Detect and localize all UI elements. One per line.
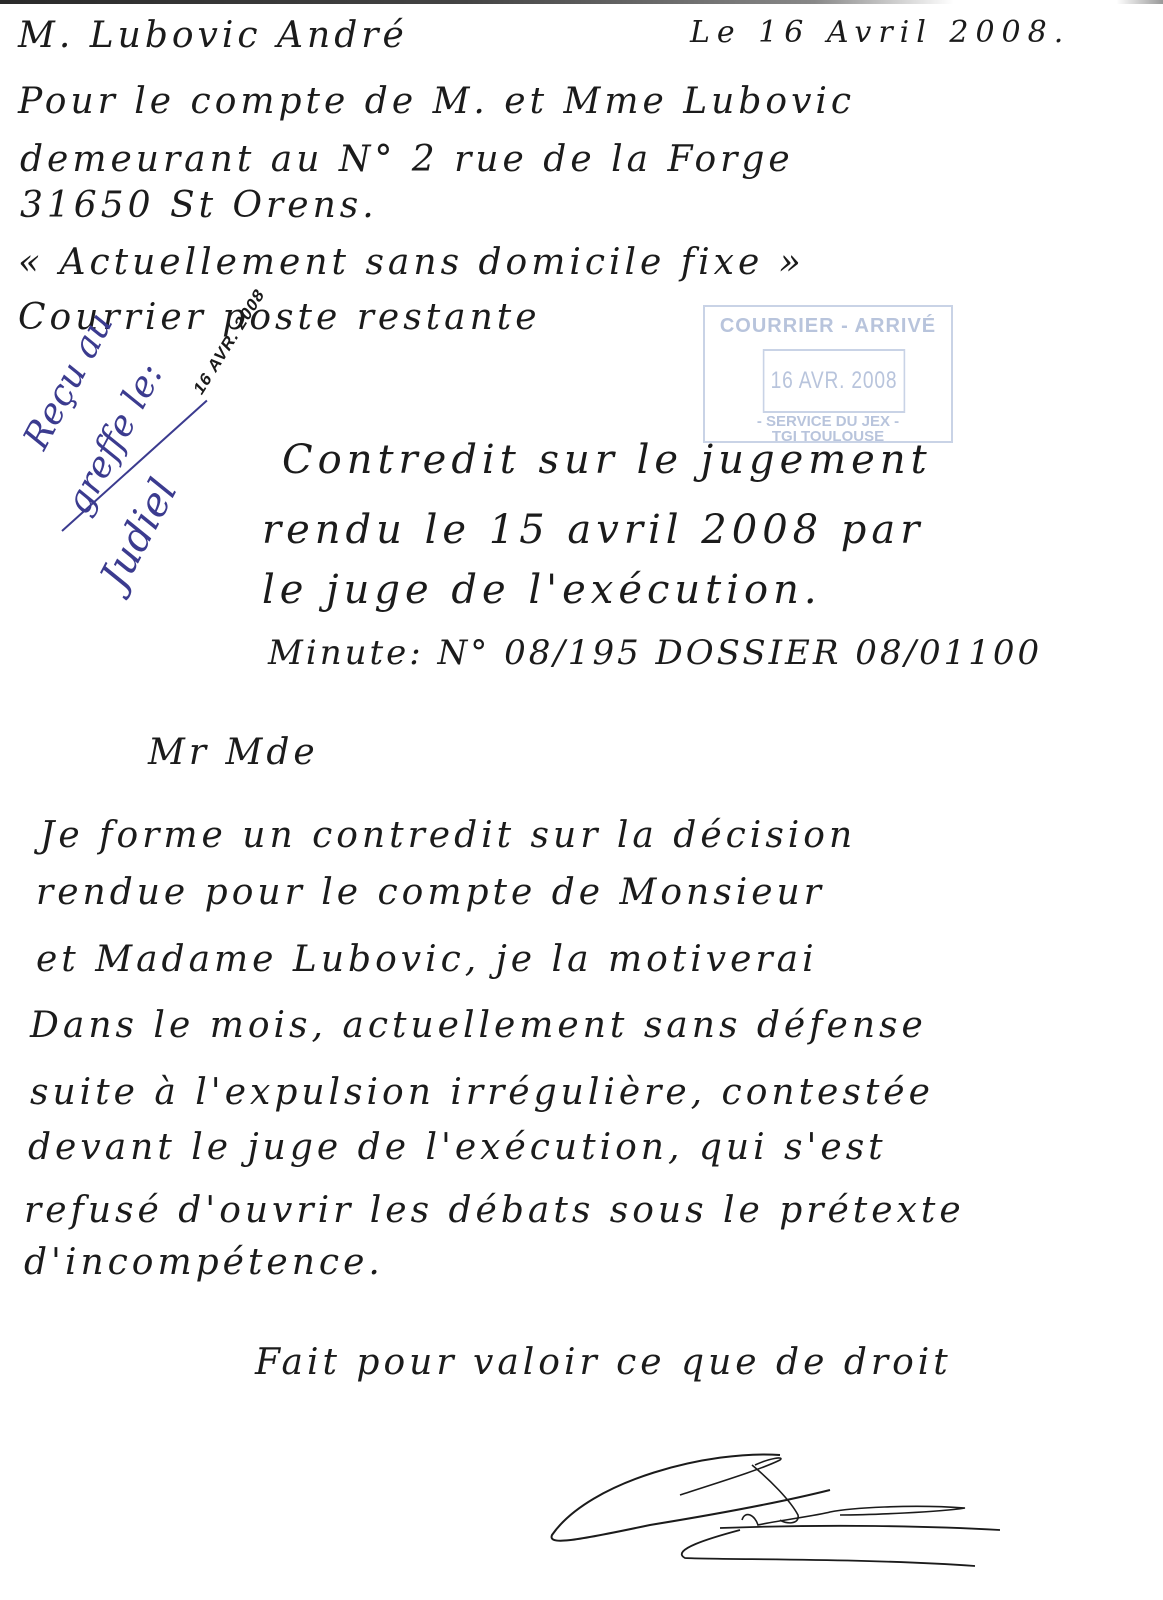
signature — [530, 1420, 1000, 1570]
sender-line: M. Lubovic André — [18, 18, 408, 54]
body-line: Dans le mois, actuellement sans défense — [30, 1008, 927, 1044]
subject-line: Contredit sur le jugement — [282, 440, 932, 480]
closing-line: Fait pour valoir ce que de droit — [255, 1345, 952, 1381]
court-received-stamp: COURRIER - ARRIVÉ 16 AVR. 2008 - SERVICE… — [703, 305, 953, 443]
scan-border — [0, 0, 1163, 4]
body-line: Je forme un contredit sur la décision — [40, 818, 856, 854]
body-line: devant le juge de l'exécution, qui s'est — [28, 1130, 887, 1166]
address-line: demeurant au N° 2 rue de la Forge — [20, 142, 794, 178]
scanned-letter-page: M. Lubovic André Le 16 Avril 2008. Pour … — [0, 0, 1163, 1600]
body-line: rendue pour le compte de Monsieur — [36, 875, 825, 911]
registry-annotation: Reçu au greffe le: Judiel — [22, 375, 232, 675]
letter-date: Le 16 Avril 2008. — [690, 18, 1070, 48]
body-line: suite à l'expulsion irrégulière, contest… — [30, 1075, 934, 1111]
address-line: Pour le compte de M. et Mme Lubovic — [18, 84, 855, 120]
subject-line: le juge de l'exécution. — [262, 570, 822, 610]
body-line: refusé d'ouvrir les débats sous le préte… — [24, 1193, 965, 1229]
case-reference: Minute: N° 08/195 DOSSIER 08/01100 — [268, 636, 1042, 670]
body-line: et Madame Lubovic, je la motiverai — [36, 942, 818, 978]
salutation: Mr Mde — [148, 735, 319, 771]
body-line: d'incompétence. — [24, 1245, 384, 1281]
stamp-title: COURRIER - ARRIVÉ — [705, 315, 951, 338]
address-line: « Actuellement sans domicile fixe » — [18, 245, 805, 281]
stamp-date: 16 AVR. 2008 — [763, 349, 905, 413]
address-line: 31650 St Orens. — [20, 188, 378, 224]
subject-line: rendu le 15 avril 2008 par — [262, 510, 924, 550]
